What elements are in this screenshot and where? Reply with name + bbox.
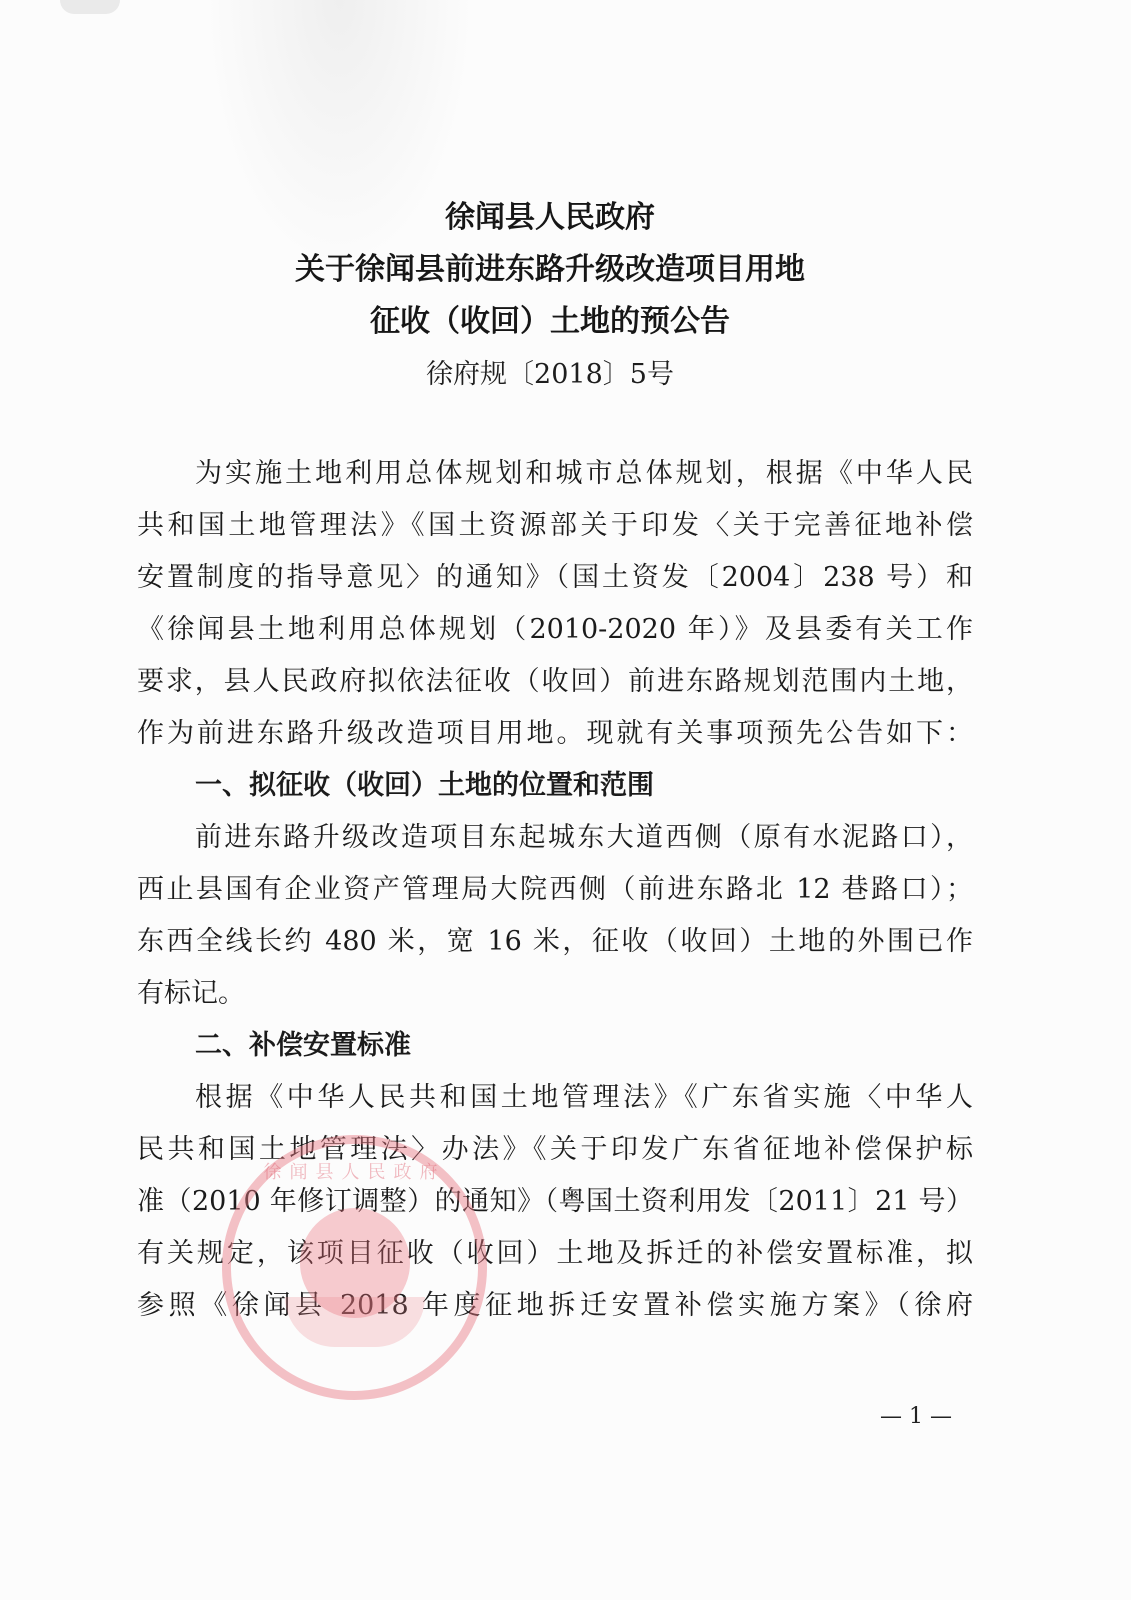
paragraph-line: 东西全线长约 480 米，宽 16 米，征收（收回）土地的外围已作 <box>137 924 973 976</box>
page-number: — 1 — <box>880 1404 952 1429</box>
paragraph-line: 参照《徐闻县 2018 年度征地拆迁安置补偿实施方案》（徐府 <box>137 1288 973 1340</box>
issuer-title: 徐闻县人民政府 <box>0 192 1100 236</box>
scan-artifact <box>60 0 120 14</box>
paragraph-line: 根据《中华人民共和国土地管理法》《广东省实施〈中华人 <box>195 1080 973 1132</box>
paragraph-line: 西止县国有企业资产管理局大院西侧（前进东路北 12 巷路口）； <box>137 872 973 924</box>
document-title-line-2: 关于徐闻县前进东路升级改造项目用地 <box>0 244 1100 288</box>
paragraph-line: 安置制度的指导意见〉的通知》（国土资发〔2004〕238 号）和 <box>137 560 973 612</box>
paragraph-line: 民共和国土地管理法〉办法》《关于印发广东省征地补偿保护标 <box>137 1132 973 1184</box>
document-title-line-3: 征收（收回）土地的预公告 <box>0 296 1100 340</box>
paragraph-line: 有标记。 <box>137 976 973 1028</box>
paragraph-line: 为实施土地利用总体规划和城市总体规划，根据《中华人民 <box>195 456 973 508</box>
paragraph-line: 有关规定，该项目征收（收回）土地及拆迁的补偿安置标准，拟 <box>137 1236 973 1288</box>
paragraph-line: 共和国土地管理法》《国土资源部关于印发〈关于完善征地补偿 <box>137 508 973 560</box>
document-number: 徐府规〔2018〕5号 <box>0 352 1100 391</box>
paragraph-line: 前进东路升级改造项目东起城东大道西侧（原有水泥路口）， <box>195 820 973 872</box>
paragraph-line: 《徐闻县土地利用总体规划（2010-2020 年）》及县委有关工作 <box>137 612 973 664</box>
paragraph-line: 准（2010 年修订调整）的通知》（粤国土资利用发〔2011〕21 号） <box>137 1184 973 1236</box>
paragraph-line: 作为前进东路升级改造项目用地。现就有关事项预先公告如下： <box>137 716 973 768</box>
section-heading-location: 一、拟征收（收回）土地的位置和范围 <box>195 768 973 820</box>
paragraph-line: 要求，县人民政府拟依法征收（收回）前进东路规划范围内土地， <box>137 664 973 716</box>
section-heading-compensation: 二、补偿安置标准 <box>195 1028 973 1080</box>
document-page: 徐闻县人民政府 关于徐闻县前进东路升级改造项目用地 征收（收回）土地的预公告 徐… <box>0 0 1131 1600</box>
